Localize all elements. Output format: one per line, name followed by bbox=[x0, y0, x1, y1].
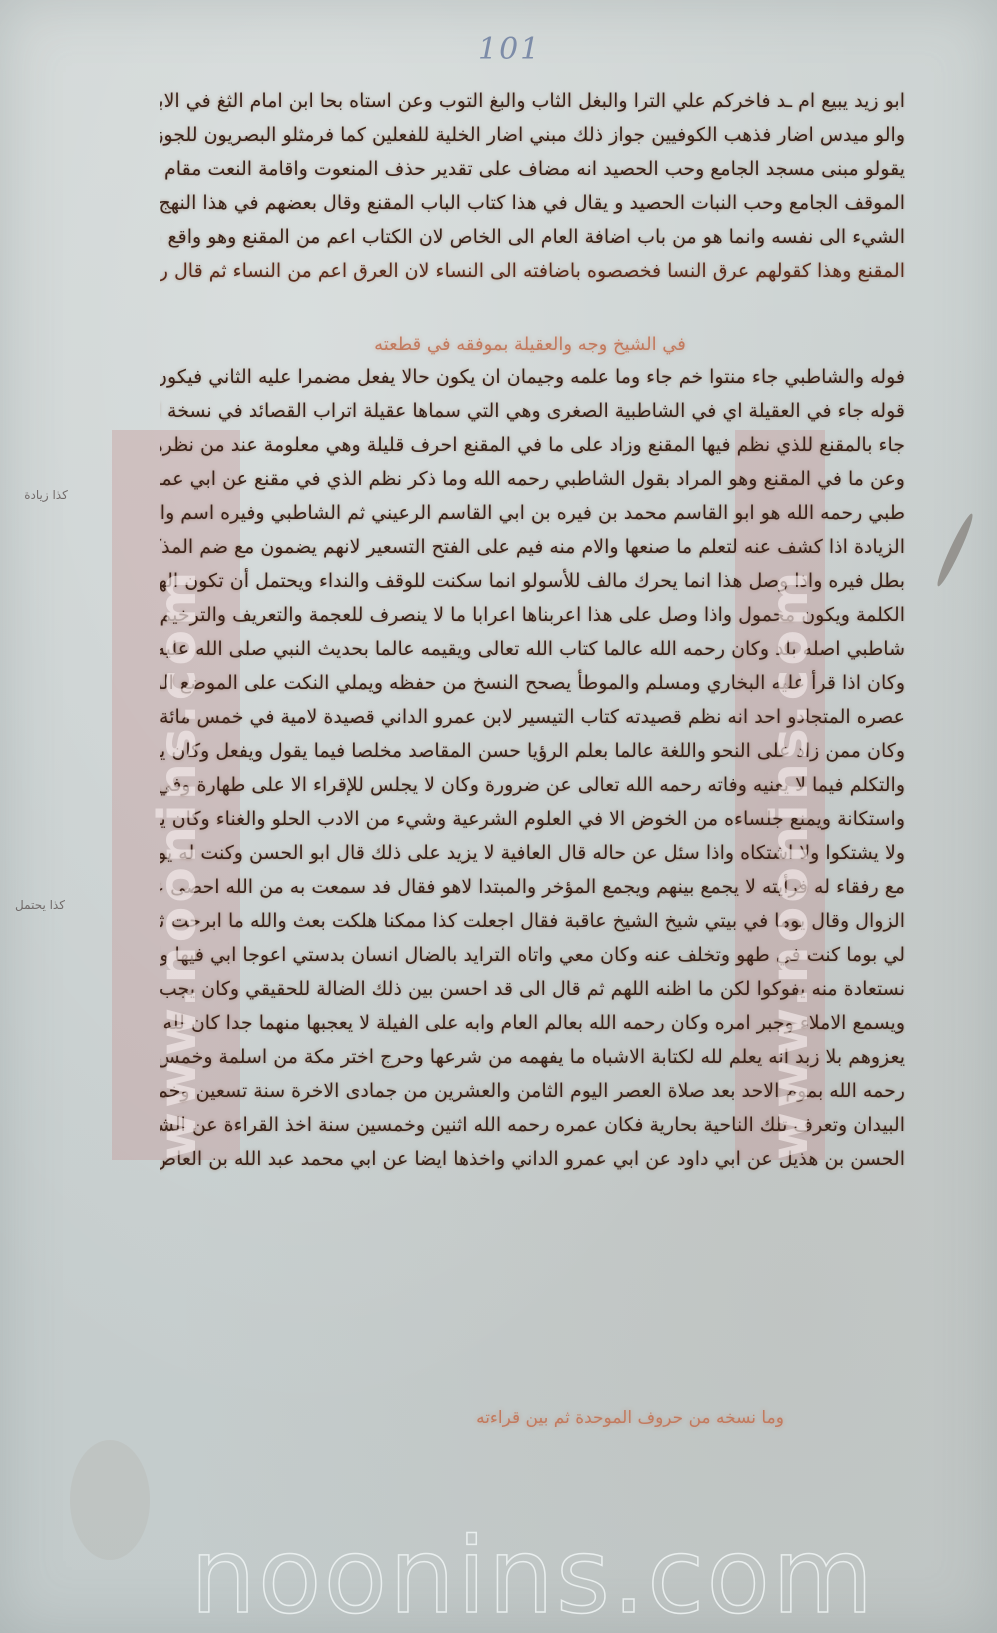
text-line: جاء بالمقنع للذي نظم فيها المقنع وزاد عل… bbox=[160, 428, 905, 462]
rubric-verse-bottom: وما نسخه من حروف الموحدة ثم بين قراءته bbox=[430, 1408, 830, 1428]
text-line: الموقف الجامع وحب النبات الحصيد و يقال ف… bbox=[160, 186, 905, 220]
text-line: الزيادة اذا كشف عنه لتعلم ما صنعها والام… bbox=[160, 530, 905, 564]
rubric-verse-top: في الشيخ وجه والعقيلة بموفقه في قطعته bbox=[330, 334, 730, 355]
margin-note-middle: كذا يحتمل bbox=[10, 898, 70, 912]
margin-note-upper: كذا زيادة bbox=[16, 488, 76, 502]
text-block-top: ابو زيد يبيع ام ـد فاخركم علي الترا والب… bbox=[160, 84, 905, 288]
watermark-vertical-right: www.noonins.com bbox=[760, 568, 820, 1160]
text-line: وعن ما في المقنع وهو المراد بقول الشاطبي… bbox=[160, 462, 905, 496]
text-line: والو ميدس اضار فذهب الكوفيين جواز ذلك مب… bbox=[160, 118, 905, 152]
text-line: يقولو مبنى مسجد الجامع وحب الحصيد انه مض… bbox=[160, 152, 905, 186]
watermark-bottom: noonins.com bbox=[190, 1515, 810, 1633]
text-line: قوله جاء في العقيلة اي في الشاطبية الصغر… bbox=[160, 394, 905, 428]
text-line: المقنع وهذا كقولهم عرق النسا فخصصوه باضا… bbox=[160, 254, 905, 288]
text-line: ابو زيد يبيع ام ـد فاخركم علي الترا والب… bbox=[160, 84, 905, 118]
text-line: طبي رحمه الله هو ابو القاسم محمد بن فيره… bbox=[160, 496, 905, 530]
folio-number: 101 bbox=[478, 32, 541, 67]
page-stain bbox=[70, 1440, 150, 1560]
text-line: الشيء الى نفسه وانما هو من باب اضافة الع… bbox=[160, 220, 905, 254]
text-line: فوله والشاطبي جاء منتوا خم جاء وما علمه … bbox=[160, 360, 905, 394]
manuscript-page: 101 ابو زيد يبيع ام ـد فاخركم علي الترا … bbox=[0, 0, 997, 1633]
watermark-vertical-left: www.noonins.com bbox=[148, 568, 208, 1160]
